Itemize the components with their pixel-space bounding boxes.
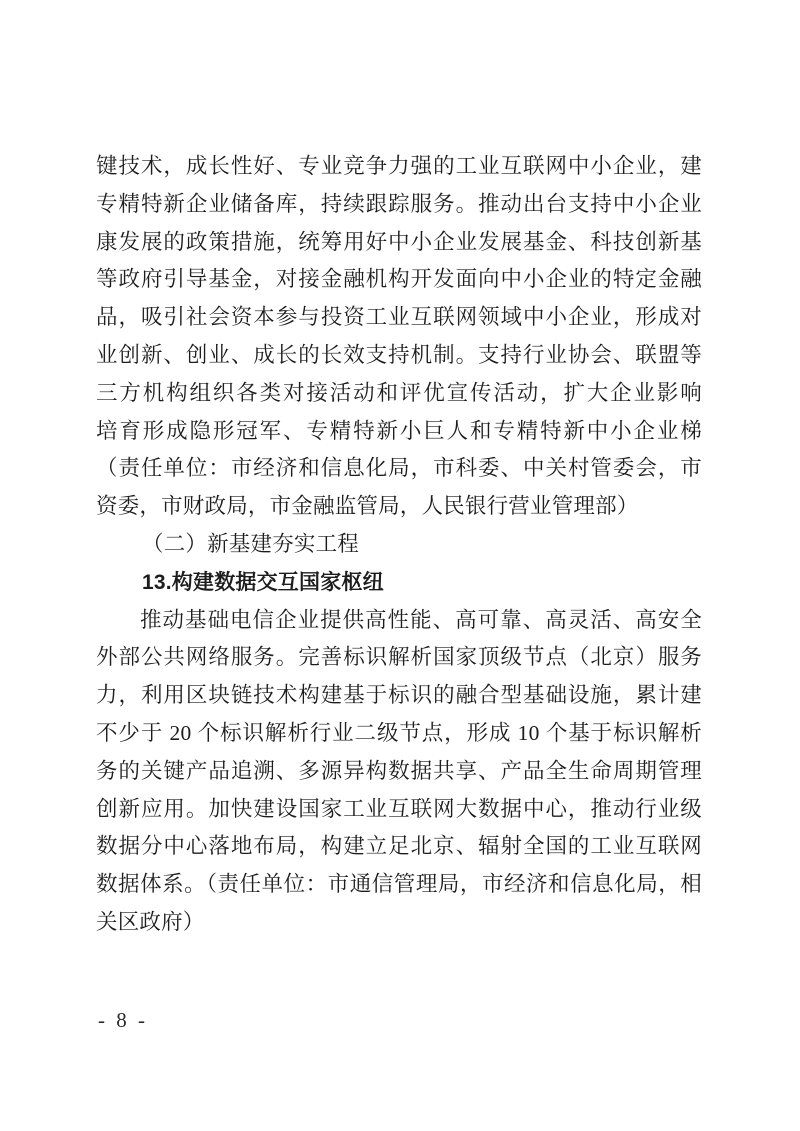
- text-line: （责任单位：市经济和信息化局，市科委、中关村管委会，市国: [96, 450, 702, 488]
- text-line: 推动基础电信企业提供高性能、高可靠、高灵活、高安全的: [96, 602, 702, 640]
- text-line: 数据分中心落地布局，构建立足北京、辐射全国的工业互联网大: [96, 828, 702, 866]
- text-line: 数据体系。（责任单位：市通信管理局，市经济和信息化局，相: [96, 866, 702, 904]
- document-body: 键技术，成长性好、专业竞争力强的工业互联网中小企业，建立专精特新企业储备库，持续…: [96, 148, 702, 942]
- text-line: 键技术，成长性好、专业竞争力强的工业互联网中小企业，建立: [96, 148, 702, 186]
- text-line: 务的关键产品追溯、多源异构数据共享、产品全生命周期管理等: [96, 753, 702, 791]
- document-page: 键技术，成长性好、专业竞争力强的工业互联网中小企业，建立专精特新企业储备库，持续…: [0, 0, 800, 1131]
- text-line: 外部公共网络服务。完善标识解析国家顶级节点（北京）服务能: [96, 639, 702, 677]
- section-heading: （二）新基建夯实工程: [96, 526, 702, 564]
- text-line: 品，吸引社会资本参与投资工业互联网领域中小企业，形成对企: [96, 299, 702, 337]
- text-line: 力，利用区块链技术构建基于标识的融合型基础设施，累计建设: [96, 677, 702, 715]
- text-line: 培育形成隐形冠军、专精特新小巨人和专精特新中小企业梯队。: [96, 413, 702, 451]
- paragraph-smes-support: 键技术，成长性好、专业竞争力强的工业互联网中小企业，建立专精特新企业储备库，持续…: [96, 148, 702, 526]
- text-line: 不少于 20 个标识解析行业二级节点，形成 10 个基于标识解析服: [96, 715, 702, 753]
- text-line: 创新应用。加快建设国家工业互联网大数据中心，推动行业级大: [96, 791, 702, 829]
- item-heading: 13.构建数据交互国家枢纽: [96, 564, 702, 602]
- page-number: - 8 -: [98, 1008, 148, 1033]
- text-line: 康发展的政策措施，统筹用好中小企业发展基金、科技创新基金: [96, 224, 702, 262]
- text-line: 关区政府）: [96, 904, 702, 942]
- text-line: 业创新、创业、成长的长效支持机制。支持行业协会、联盟等第: [96, 337, 702, 375]
- text-line: 等政府引导基金，对接金融机构开发面向中小企业的特定金融产: [96, 261, 702, 299]
- paragraph-data-hub: 推动基础电信企业提供高性能、高可靠、高灵活、高安全的外部公共网络服务。完善标识解…: [96, 602, 702, 942]
- text-line: 资委，市财政局，市金融监管局，人民银行营业管理部）: [96, 488, 702, 526]
- text-line: 三方机构组织各类对接活动和评优宣传活动，扩大企业影响力。: [96, 375, 702, 413]
- text-line: 专精特新企业储备库，持续跟踪服务。推动出台支持中小企业健: [96, 186, 702, 224]
